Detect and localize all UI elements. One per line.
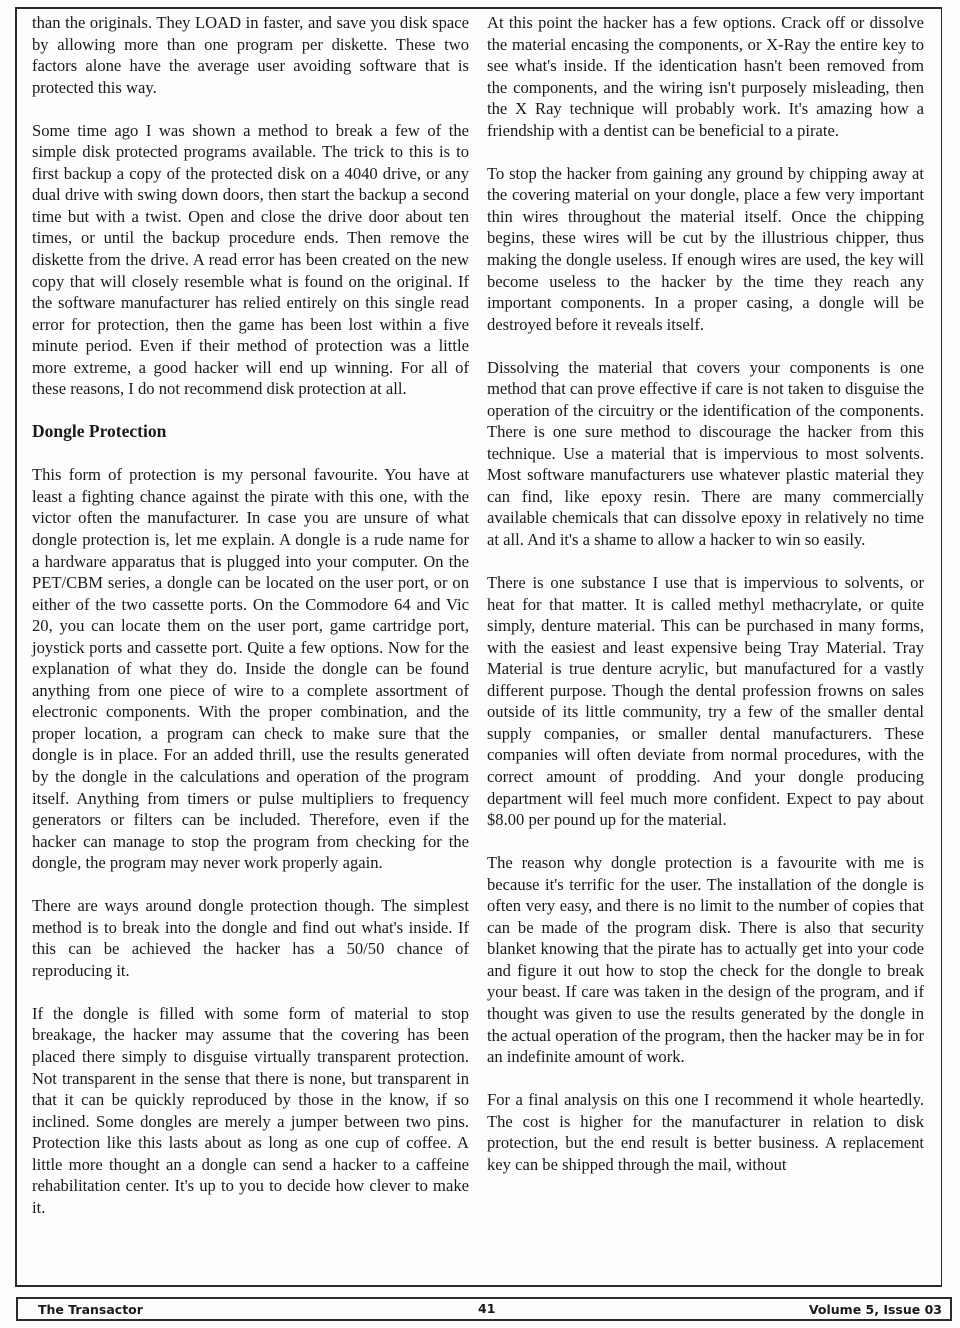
issue-label: Volume 5, Issue 03 bbox=[809, 1302, 942, 1317]
paragraph: To stop the hacker from gaining any grou… bbox=[487, 163, 924, 335]
page-number: 41 bbox=[478, 1301, 495, 1316]
page-footer: The Transactor 41 Volume 5, Issue 03 bbox=[16, 1297, 952, 1321]
paragraph: At this point the hacker has a few optio… bbox=[487, 12, 924, 141]
paragraph: Dissolving the material that covers your… bbox=[487, 357, 924, 551]
publication-name: The Transactor bbox=[38, 1302, 143, 1317]
right-column: At this point the hacker has a few optio… bbox=[487, 12, 924, 1197]
paragraph: There is one substance I use that is imp… bbox=[487, 572, 924, 831]
paragraph: Some time ago I was shown a method to br… bbox=[32, 120, 469, 400]
left-column: than the originals. They LOAD in faster,… bbox=[32, 12, 469, 1240]
section-heading: Dongle Protection bbox=[32, 421, 469, 443]
paragraph: This form of protection is my personal f… bbox=[32, 464, 469, 873]
paragraph: For a final analysis on this one I recom… bbox=[487, 1089, 924, 1175]
paragraph: If the dongle is filled with some form o… bbox=[32, 1003, 469, 1218]
paragraph: There are ways around dongle protection … bbox=[32, 895, 469, 981]
paragraph: The reason why dongle protection is a fa… bbox=[487, 852, 924, 1067]
paragraph: than the originals. They LOAD in faster,… bbox=[32, 12, 469, 98]
